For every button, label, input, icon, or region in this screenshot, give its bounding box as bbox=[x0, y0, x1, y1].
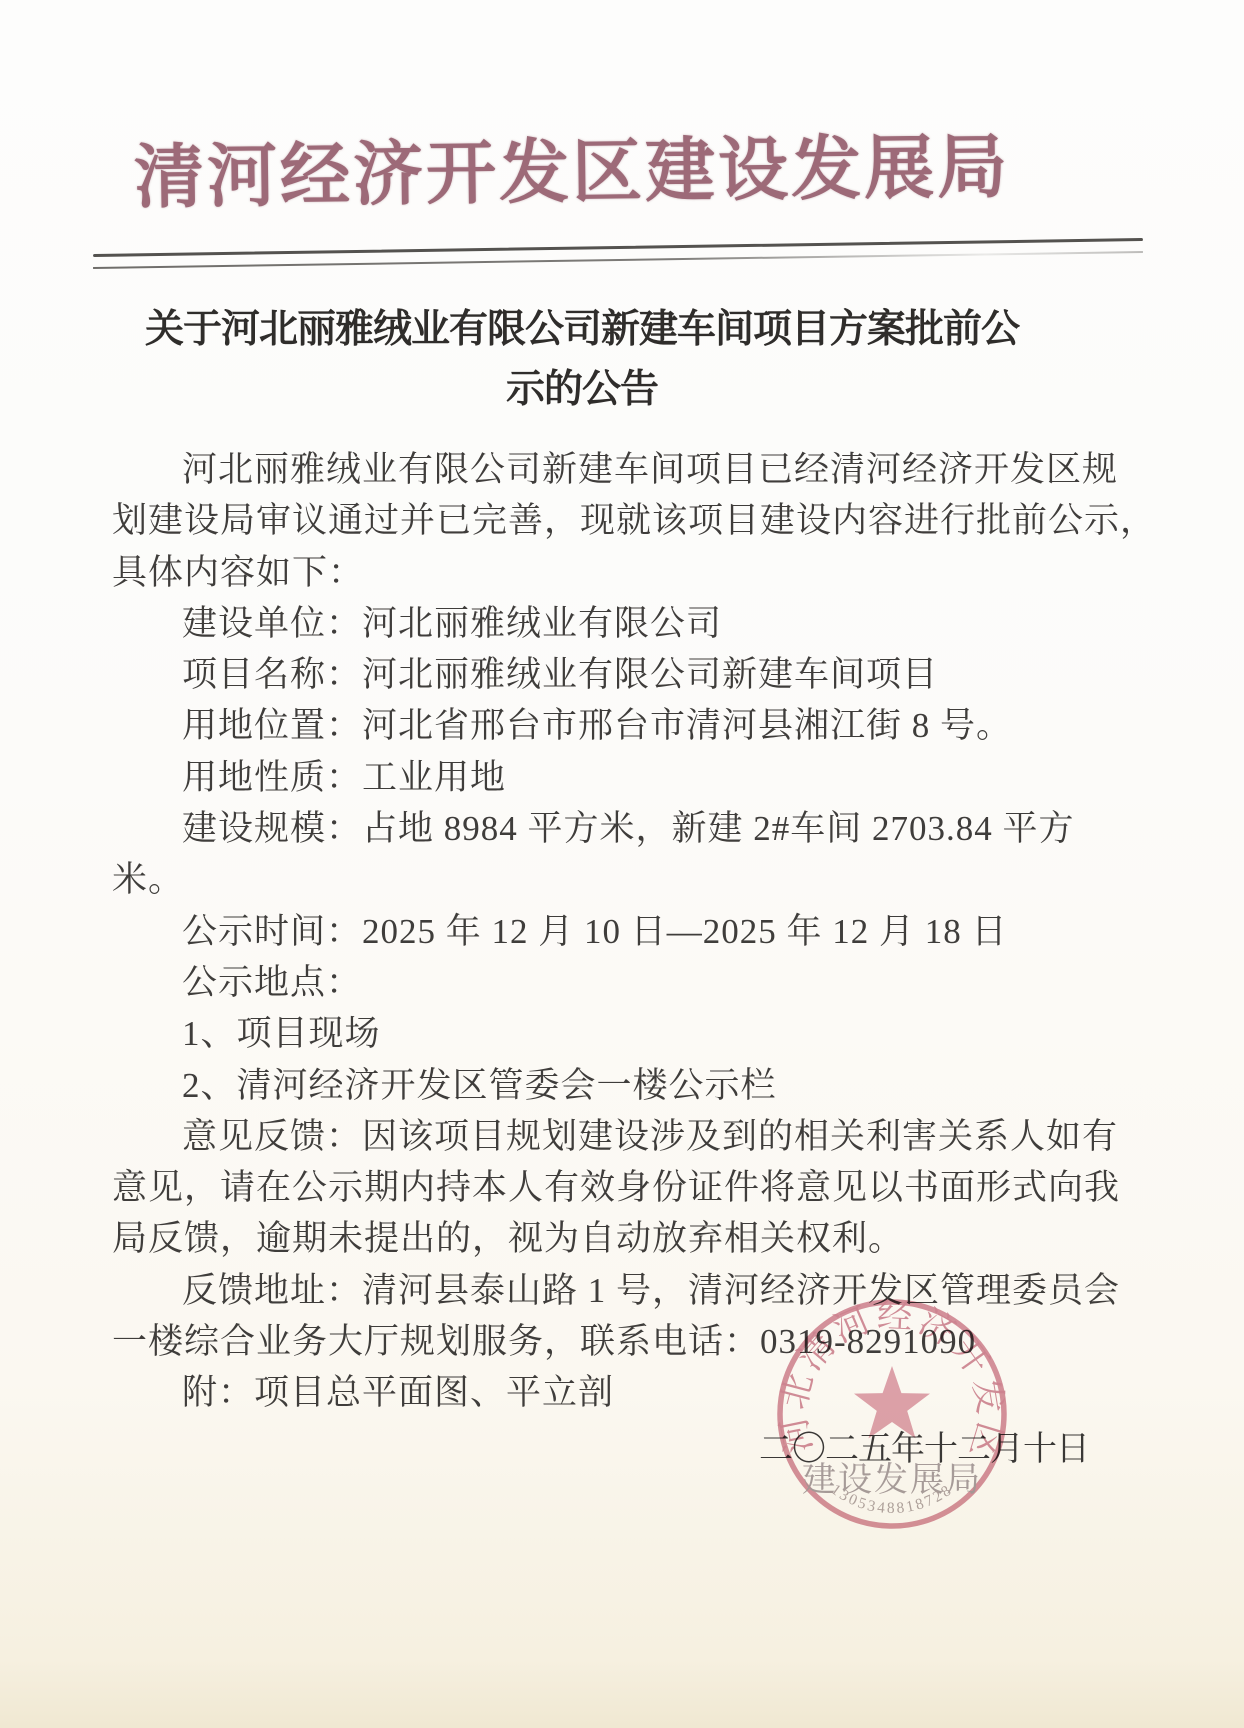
body-line: 2、清河经济开发区管委会一楼公示栏 bbox=[112, 1060, 1144, 1111]
document-title-line2: 示的公告 bbox=[0, 360, 1204, 420]
body-line: 用地位置：河北省邢台市邢台市清河县湘江街 8 号。 bbox=[112, 700, 1144, 751]
official-seal-stamp: 河北清河经济开发区 建设发展局 1305348818728 bbox=[762, 1284, 1022, 1544]
agency-letterhead: 清河经济开发区建设发展局 bbox=[0, 108, 1195, 224]
body-line: 建设单位：河北丽雅绒业有限公司 bbox=[112, 598, 1144, 649]
body-line: 建设规模：占地 8984 平方米，新建 2#车间 2703.84 平方 bbox=[112, 803, 1144, 854]
body-line: 米。 bbox=[112, 854, 1144, 905]
document-title: 关于河北丽雅绒业有限公司新建车间项目方案批前公 示的公告 bbox=[0, 300, 1204, 420]
document-body: 河北丽雅绒业有限公司新建车间项目已经清河经济开发区规 划建设局审议通过并已完善，… bbox=[112, 444, 1144, 1419]
body-line: 公示时间：2025 年 12 月 10 日—2025 年 12 月 18 日 bbox=[112, 906, 1144, 957]
scanned-announcement-page: 清河经济开发区建设发展局 关于河北丽雅绒业有限公司新建车间项目方案批前公 示的公… bbox=[0, 0, 1244, 1728]
seal-star-icon bbox=[854, 1366, 930, 1438]
body-line: 项目名称：河北丽雅绒业有限公司新建车间项目 bbox=[112, 649, 1144, 700]
body-line: 意见，请在公示期内持本人有效身份证件将意见以书面形式向我 bbox=[112, 1162, 1144, 1213]
body-line: 具体内容如下： bbox=[112, 547, 1144, 598]
body-line: 1、项目现场 bbox=[112, 1008, 1144, 1059]
body-line: 划建设局审议通过并已完善，现就该项目建设内容进行批前公示， bbox=[112, 495, 1144, 546]
body-line: 局反馈，逾期未提出的，视为自动放弃相关权利。 bbox=[112, 1213, 1144, 1264]
document-title-line1: 关于河北丽雅绒业有限公司新建车间项目方案批前公 bbox=[0, 300, 1204, 360]
body-line: 公示地点： bbox=[112, 957, 1144, 1008]
body-line: 用地性质：工业用地 bbox=[112, 752, 1144, 803]
body-line: 意见反馈：因该项目规划建设涉及到的相关利害关系人如有 bbox=[112, 1111, 1144, 1162]
body-line: 河北丽雅绒业有限公司新建车间项目已经清河经济开发区规 bbox=[112, 444, 1144, 495]
